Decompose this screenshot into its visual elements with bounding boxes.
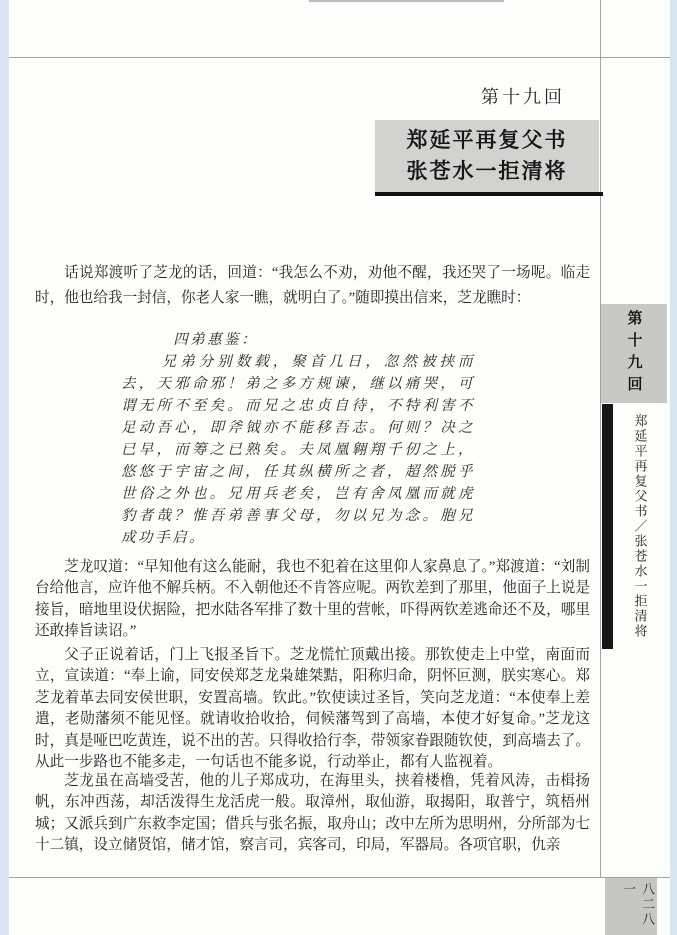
book-page-scan: 第十九回 郑延平再复父书 张苍水一拒清将 话说郑渡听了芝龙的话，回道：“我怎么不…	[0, 0, 677, 935]
top-rule	[9, 57, 670, 58]
sidebar-running-title: 郑延平再复父书／张苍水一拒清将	[615, 404, 665, 649]
sidebar-running-title-block: 郑延平再复父书／张苍水一拒清将	[601, 404, 667, 649]
letter-body: 兄弟分别数载，聚首几日，忽然被挟而去，天邪命邪！弟之多方规谏，继以痛哭，可谓无所…	[121, 351, 475, 549]
scan-edge-artifact	[309, 0, 504, 2]
letter-block: 四弟惠鉴： 兄弟分别数载，聚首几日，忽然被挟而去，天邪命邪！弟之多方规谏，继以痛…	[121, 329, 475, 549]
chapter-title-line-2: 张苍水一拒清将	[407, 156, 568, 187]
bottom-rule	[9, 877, 670, 878]
letter-salutation: 四弟惠鉴：	[121, 329, 475, 351]
sidebar-chapter-tab: 第十九回	[601, 304, 667, 403]
body-paragraph-zhilong-sigh: 芝龙叹道：“早知他有这么能耐，我也不犯着在这里仰人家鼻息了。”郑渡道：“刘制台给…	[35, 557, 590, 643]
body-paragraph-zheng-chenggong: 芝龙虽在高墙受苦，他的儿子郑成功，在海里头，挟着楼橹，凭着风涛，击楫扬帆，东冲西…	[35, 771, 590, 857]
sidebar-black-bar	[602, 404, 613, 649]
body-paragraph-opening: 话说郑渡听了芝龙的话，回道：“我怎么不劝，劝他不醒，我还哭了一场呢。临走时，他也…	[35, 261, 590, 310]
title-underline-rule	[375, 192, 603, 196]
chapter-number-heading: 第十九回	[481, 83, 565, 109]
chapter-title-box: 郑延平再复父书 张苍水一拒清将	[375, 120, 599, 192]
body-paragraph-imperial-edict: 父子正说着话，门上飞报圣旨下。芝龙慌忙顶戴出接。那钦使走上中堂，南面而立，宣读道…	[35, 645, 590, 773]
paper-page: 第十九回 郑延平再复父书 张苍水一拒清将 话说郑渡听了芝龙的话，回道：“我怎么不…	[9, 0, 670, 935]
page-number: 八二八一	[605, 878, 657, 935]
chapter-title-line-1: 郑延平再复父书	[407, 125, 568, 156]
